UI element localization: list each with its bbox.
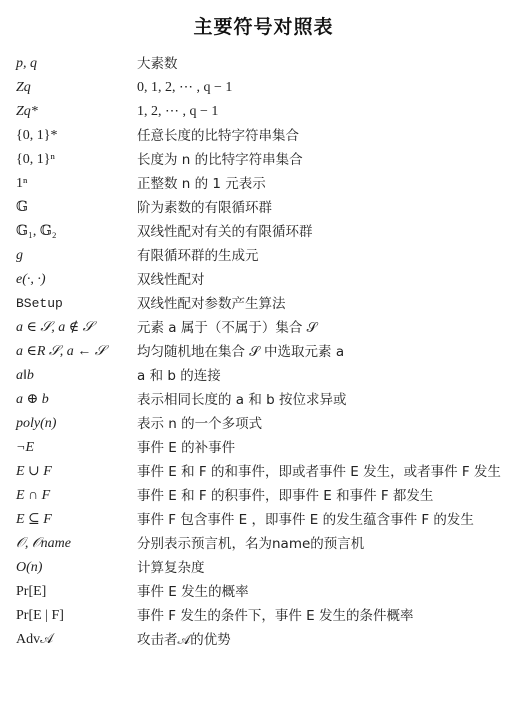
symbol-cell: poly(n): [16, 412, 137, 436]
table-row: Pr[E | F] 事件 F 发生的条件下，事件 E 发生的条件概率: [16, 604, 516, 628]
symbol-cell: E ∩ F: [16, 484, 137, 508]
symbol-cell: E ⊆ F: [16, 508, 137, 532]
page-title: 主要符号对照表: [0, 12, 527, 39]
description-cell: 分别表示预言机，名为name的预言机: [137, 532, 516, 556]
table-row: a ∈R 𝒮, a ← 𝒮 均匀随机地在集合 𝒮 中选取元素 a: [16, 340, 516, 364]
table-row: e(·, ·) 双线性配对: [16, 268, 516, 292]
table-row: 1ⁿ 正整数 n 的 1 元表示: [16, 172, 516, 196]
symbol-cell: {0, 1}*: [16, 124, 137, 148]
description-cell: 事件 E 和 F 的积事件，即事件 E 和事件 F 都发生: [137, 484, 516, 508]
symbol-cell: g: [16, 244, 137, 268]
description-cell: 正整数 n 的 1 元表示: [137, 172, 516, 196]
description-cell: 事件 F 包含事件 E ，即事件 E 的发生蕴含事件 F 的发生: [137, 508, 516, 532]
table-row: O(n) 计算复杂度: [16, 556, 516, 580]
symbol-table: p, q 大素数 Zq 0, 1, 2, ⋯ , q − 1 Zq* 1, 2,…: [16, 52, 516, 652]
table-row: poly(n) 表示 n 的一个多项式: [16, 412, 516, 436]
description-cell: 事件 E 的补事件: [137, 436, 516, 460]
description-cell: 大素数: [137, 52, 516, 76]
symbol-cell: E ∪ F: [16, 460, 137, 484]
symbol-cell: Pr[E | F]: [16, 604, 137, 628]
description-cell: 阶为素数的有限循环群: [137, 196, 516, 220]
symbol-cell: 𝔾₁, 𝔾₂: [16, 220, 137, 244]
table-row: a ⊕ b 表示相同长度的 a 和 b 按位求异或: [16, 388, 516, 412]
symbol-cell: BSetup: [16, 292, 137, 316]
description-cell: 表示 n 的一个多项式: [137, 412, 516, 436]
table-row: {0, 1}ⁿ 长度为 n 的比特字符串集合: [16, 148, 516, 172]
symbol-cell: a ⊕ b: [16, 388, 137, 412]
table-row: p, q 大素数: [16, 52, 516, 76]
description-cell: 双线性配对参数产生算法: [137, 292, 516, 316]
symbol-cell: p, q: [16, 52, 137, 76]
description-cell: 事件 E 和 F 的和事件，即或者事件 E 发生，或者事件 F 发生: [137, 460, 516, 484]
symbol-cell: O(n): [16, 556, 137, 580]
symbol-cell: a ∈R 𝒮, a ← 𝒮: [16, 340, 137, 364]
symbol-cell: 𝔾: [16, 196, 137, 220]
table-row: g 有限循环群的生成元: [16, 244, 516, 268]
description-cell: 0, 1, 2, ⋯ , q − 1: [137, 76, 516, 100]
symbol-cell: 1ⁿ: [16, 172, 137, 196]
symbol-cell: a‖b: [16, 364, 137, 388]
table-row: 𝔾₁, 𝔾₂ 双线性配对有关的有限循环群: [16, 220, 516, 244]
table-row: Zq 0, 1, 2, ⋯ , q − 1: [16, 76, 516, 100]
table-row: a ∈ 𝒮, a ∉ 𝒮 元素 a 属于（不属于）集合 𝒮: [16, 316, 516, 340]
symbol-cell: e(·, ·): [16, 268, 137, 292]
description-cell: 均匀随机地在集合 𝒮 中选取元素 a: [137, 340, 516, 364]
description-cell: 事件 F 发生的条件下，事件 E 发生的条件概率: [137, 604, 516, 628]
table-row: Pr[E] 事件 E 发生的概率: [16, 580, 516, 604]
description-cell: 事件 E 发生的概率: [137, 580, 516, 604]
symbol-cell: Zq: [16, 76, 137, 100]
table-row: 𝔾 阶为素数的有限循环群: [16, 196, 516, 220]
description-cell: a 和 b 的连接: [137, 364, 516, 388]
table-row: ¬E 事件 E 的补事件: [16, 436, 516, 460]
description-cell: 长度为 n 的比特字符串集合: [137, 148, 516, 172]
symbol-cell: a ∈ 𝒮, a ∉ 𝒮: [16, 316, 137, 340]
symbol-cell: ¬E: [16, 436, 137, 460]
description-cell: 攻击者𝒜的优势: [137, 628, 516, 652]
description-cell: 有限循环群的生成元: [137, 244, 516, 268]
table-row: BSetup 双线性配对参数产生算法: [16, 292, 516, 316]
description-cell: 1, 2, ⋯ , q − 1: [137, 100, 516, 124]
table-row: E ⊆ F 事件 F 包含事件 E ，即事件 E 的发生蕴含事件 F 的发生: [16, 508, 516, 532]
symbol-cell: {0, 1}ⁿ: [16, 148, 137, 172]
table-row: E ∪ F 事件 E 和 F 的和事件，即或者事件 E 发生，或者事件 F 发生: [16, 460, 516, 484]
table-row: a‖b a 和 b 的连接: [16, 364, 516, 388]
description-cell: 表示相同长度的 a 和 b 按位求异或: [137, 388, 516, 412]
description-cell: 双线性配对有关的有限循环群: [137, 220, 516, 244]
description-cell: 任意长度的比特字符串集合: [137, 124, 516, 148]
symbol-cell: Zq*: [16, 100, 137, 124]
symbol-cell: 𝒪, 𝒪name: [16, 532, 137, 556]
table-row: 𝒪, 𝒪name 分别表示预言机，名为name的预言机: [16, 532, 516, 556]
table-row: E ∩ F 事件 E 和 F 的积事件，即事件 E 和事件 F 都发生: [16, 484, 516, 508]
description-cell: 计算复杂度: [137, 556, 516, 580]
table-row: Adv𝒜 攻击者𝒜的优势: [16, 628, 516, 652]
table-row: Zq* 1, 2, ⋯ , q − 1: [16, 100, 516, 124]
description-cell: 元素 a 属于（不属于）集合 𝒮: [137, 316, 516, 340]
symbol-cell: Pr[E]: [16, 580, 137, 604]
description-cell: 双线性配对: [137, 268, 516, 292]
table-row: {0, 1}* 任意长度的比特字符串集合: [16, 124, 516, 148]
symbol-cell: Adv𝒜: [16, 628, 137, 652]
